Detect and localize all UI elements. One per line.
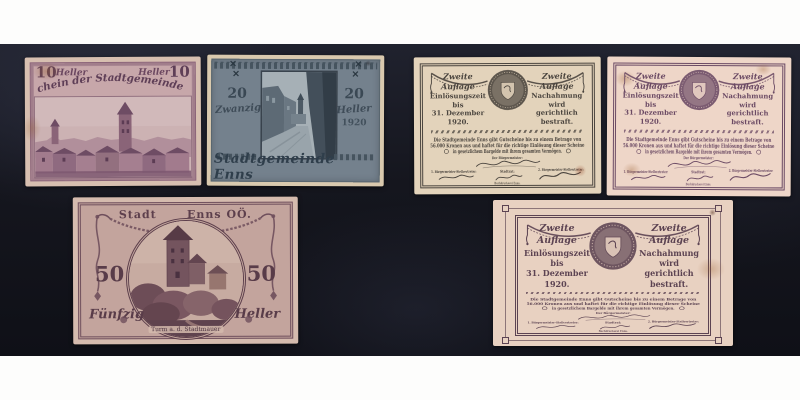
edition-label: Zweite Auflage xyxy=(528,71,586,92)
deputy2-label: 2. Bürgermeister-Stellvertreter: xyxy=(648,320,699,323)
council-signature xyxy=(600,326,629,329)
decree-line: Die Stadtgemeinde Enns gibt Gutscheine b… xyxy=(530,297,696,302)
council-label: Stadtrat: xyxy=(692,170,707,175)
mayor-label: Der Bürgermeister: xyxy=(684,155,715,160)
deputy2-signature xyxy=(540,172,581,179)
banknote-photo: 10 Heller Heller 10 Gutschein der Stadtg… xyxy=(0,44,800,356)
warning-block: Zweite Auflage Nachahmung wird gerichtli… xyxy=(528,71,586,127)
council-signature xyxy=(496,175,522,180)
warning-line: Nachahmung wird xyxy=(719,92,776,110)
redeem-block: Zweite Auflage Einlösungszeit bis 31. De… xyxy=(622,71,679,127)
garland-ball-icon xyxy=(120,316,127,323)
ornament-band xyxy=(624,130,774,133)
deputy1-signature xyxy=(632,176,665,180)
warning-line: gerichtlich bestraft. xyxy=(719,110,776,128)
note-frame: Zweite Auflage Einlösungszeit bis 31. De… xyxy=(515,215,711,336)
banknote-10-heller-front: 10 Heller Heller 10 Gutschein der Stadtg… xyxy=(25,57,202,187)
town-seal-icon xyxy=(676,67,722,113)
redeem-line: Einlösungszeit bis xyxy=(524,248,590,269)
denomination-unit: Heller xyxy=(332,103,377,117)
signature-flourish xyxy=(483,165,536,167)
edition-label: Zweite Auflage xyxy=(429,71,487,92)
denomination-unit: Heller xyxy=(235,307,281,322)
castle-vignette-icon xyxy=(128,221,242,337)
left-denomination-panel: ✕ 20 Zwanzig xyxy=(215,72,259,160)
council-label: Stadtrat: xyxy=(500,169,515,173)
denomination-value: 20 xyxy=(215,86,259,102)
right-denomination-panel: ✕ 20 Heller 1920 xyxy=(332,72,376,160)
vignette-caption: Turm a. d. Stadtmauer xyxy=(148,326,223,333)
council-signature xyxy=(688,176,714,181)
signature-block: Der Bürgermeister: 1. Bürgermeister-Stel… xyxy=(427,154,589,185)
redeem-line: Einlösungszeit bis xyxy=(622,91,679,109)
register-square-icon xyxy=(715,205,722,212)
x-ornament: ✕ xyxy=(352,71,360,80)
city-label: Stadt xyxy=(119,208,157,221)
warning-line: gerichtlich bestraft. xyxy=(636,268,702,289)
note-frame: 10 Heller Heller 10 Gutschein der Stadtg… xyxy=(30,62,197,182)
register-square-icon xyxy=(715,337,722,344)
banknote-back-large: Zweite Auflage Einlösungszeit bis 31. De… xyxy=(493,200,733,346)
ornament-band xyxy=(431,130,584,133)
deputy1-label: 1. Bürgermeister-Stellvertreter: xyxy=(624,169,669,174)
edition-label: Zweite Auflage xyxy=(622,71,679,92)
redeem-block: Zweite Auflage Einlösungszeit bis 31. De… xyxy=(524,223,590,289)
edition-label: Zweite Auflage xyxy=(524,223,590,248)
control-mark-icon xyxy=(444,149,448,153)
deputy1-label: 1. Bürgermeister-Stellvertreter: xyxy=(527,321,578,324)
mayor-signature xyxy=(669,161,731,168)
garland-ball-icon xyxy=(245,316,252,323)
ornament-band xyxy=(214,62,377,70)
deputy2-label: 2. Bürgermeister-Stellvertreter: xyxy=(539,167,585,171)
banknote-back-gray: Zweite Auflage Einlösungszeit bis 31. De… xyxy=(414,57,602,195)
deputy2-signature xyxy=(731,174,771,181)
deputy2-label: 2. Bürgermeister-Stellvertreter: xyxy=(729,168,774,173)
ornament-band xyxy=(526,292,700,294)
edition-label: Zweite Auflage xyxy=(719,71,776,92)
warning-line: gerichtlich bestraft. xyxy=(528,109,586,127)
townscape-vignette-icon xyxy=(34,96,192,179)
warning-block: Zweite Auflage Nachahmung wird gerichtli… xyxy=(636,223,702,289)
x-ornament: ✕ xyxy=(229,61,237,70)
redeem-date: 31. Dezember 1920. xyxy=(524,268,590,289)
issuer-title-arc: Gutschein der Stadtgemeinde Enns xyxy=(31,63,195,98)
denomination-word: Zwanzig xyxy=(215,102,260,116)
control-mark-icon xyxy=(679,307,684,310)
issuer-title: Gutschein der Stadtgemeinde Enns xyxy=(26,54,189,96)
denomination-value: 50 xyxy=(247,261,276,286)
note-frame: ✕ ✕ ✕ 20 Zwanzig xyxy=(211,59,381,183)
warning-line: Nachahmung wird xyxy=(636,248,702,269)
decree-text-block: Die Stadtgemeinde Enns gibt Gutscheine b… xyxy=(523,296,704,311)
signature-block: Der Bürgermeister: 1. Bürgermeister-Stel… xyxy=(619,155,779,187)
deputy1-label: 1. Bürgermeister-Stellvertreter: xyxy=(431,169,477,173)
edition-label: Zweite Auflage xyxy=(636,223,702,248)
mayor-label: Der Bürgermeister: xyxy=(492,156,523,160)
deputy1-signature xyxy=(536,325,574,328)
control-mark-icon xyxy=(757,150,761,154)
redeem-block: Zweite Auflage Einlösungszeit bis 31. De… xyxy=(429,71,487,127)
redeem-date: 31. Dezember 1920. xyxy=(622,109,679,127)
printer-imprint: Buchdruckerei Enns. xyxy=(686,183,712,187)
note-frame: Zweite Auflage Einlösungszeit bis 31. De… xyxy=(613,63,786,191)
control-mark-icon xyxy=(542,307,547,310)
decree-text-block: Die Stadtgemeinde Enns gibt Gutscheine b… xyxy=(427,134,588,155)
decree-text-block: Die Stadtgemeinde Enns gibt Gutscheine b… xyxy=(620,134,778,156)
printer-imprint: Buchdruckerei Enns. xyxy=(495,181,521,185)
scan-page: 10 Heller Heller 10 Gutschein der Stadtg… xyxy=(0,0,800,400)
x-ornament: ✕ xyxy=(355,61,363,70)
banknote-20-heller-front: ✕ ✕ ✕ 20 Zwanzig xyxy=(207,55,385,187)
printer-imprint: Buchdruckerei Enns. xyxy=(598,330,627,333)
control-mark-icon xyxy=(567,148,571,152)
denomination-value: 20 xyxy=(332,86,376,102)
svg-text:Gutschein der Stadtgemeinde En: Gutschein der Stadtgemeinde Enns xyxy=(26,54,189,96)
mayor-signature xyxy=(477,160,540,166)
town-seal-icon xyxy=(484,67,530,113)
x-ornament: ✕ xyxy=(232,71,240,80)
register-square-icon xyxy=(502,337,509,344)
signature-flourish xyxy=(586,319,645,320)
register-square-icon xyxy=(502,205,509,212)
signature-flourish xyxy=(675,167,727,169)
year-label: 1920 xyxy=(332,118,376,128)
redeem-date: 31. Dezember 1920. xyxy=(429,110,487,128)
town-seal-icon xyxy=(586,219,640,273)
deputy1-signature xyxy=(440,175,474,179)
deputy2-signature xyxy=(649,324,695,329)
warning-line: Nachahmung wird xyxy=(528,91,586,109)
header-row: Stadt Enns OÖ. xyxy=(81,205,290,222)
street-vignette-icon xyxy=(262,72,336,158)
decree-line: 56.000 Kronen aus und haftet für die ric… xyxy=(526,301,700,306)
mayor-signature xyxy=(578,315,649,319)
issuer-name: Stadtgemeinde Enns xyxy=(214,155,377,180)
region-label: Enns OÖ. xyxy=(187,208,252,221)
note-frame: Stadt Enns OÖ. xyxy=(78,202,293,340)
denomination-value: 50 xyxy=(95,261,124,286)
banknote-back-violet: Zweite Auflage Einlösungszeit bis 31. De… xyxy=(607,57,792,197)
note-frame: Zweite Auflage Einlösungszeit bis 31. De… xyxy=(420,63,596,189)
signature-block: Der Bürgermeister: 1. Bürgermeister-Stel… xyxy=(522,311,704,333)
control-mark-icon xyxy=(637,149,641,153)
warning-block: Zweite Auflage Nachahmung wird gerichtli… xyxy=(719,71,776,127)
mayor-label: Der Bürgermeister: xyxy=(596,312,631,315)
council-label: Stadtrat: xyxy=(605,321,621,324)
denomination-word: Fünfzig xyxy=(89,307,144,322)
banknote-50-heller-front: Stadt Enns OÖ. xyxy=(73,197,299,345)
redeem-line: Einlösungszeit bis xyxy=(429,92,487,110)
